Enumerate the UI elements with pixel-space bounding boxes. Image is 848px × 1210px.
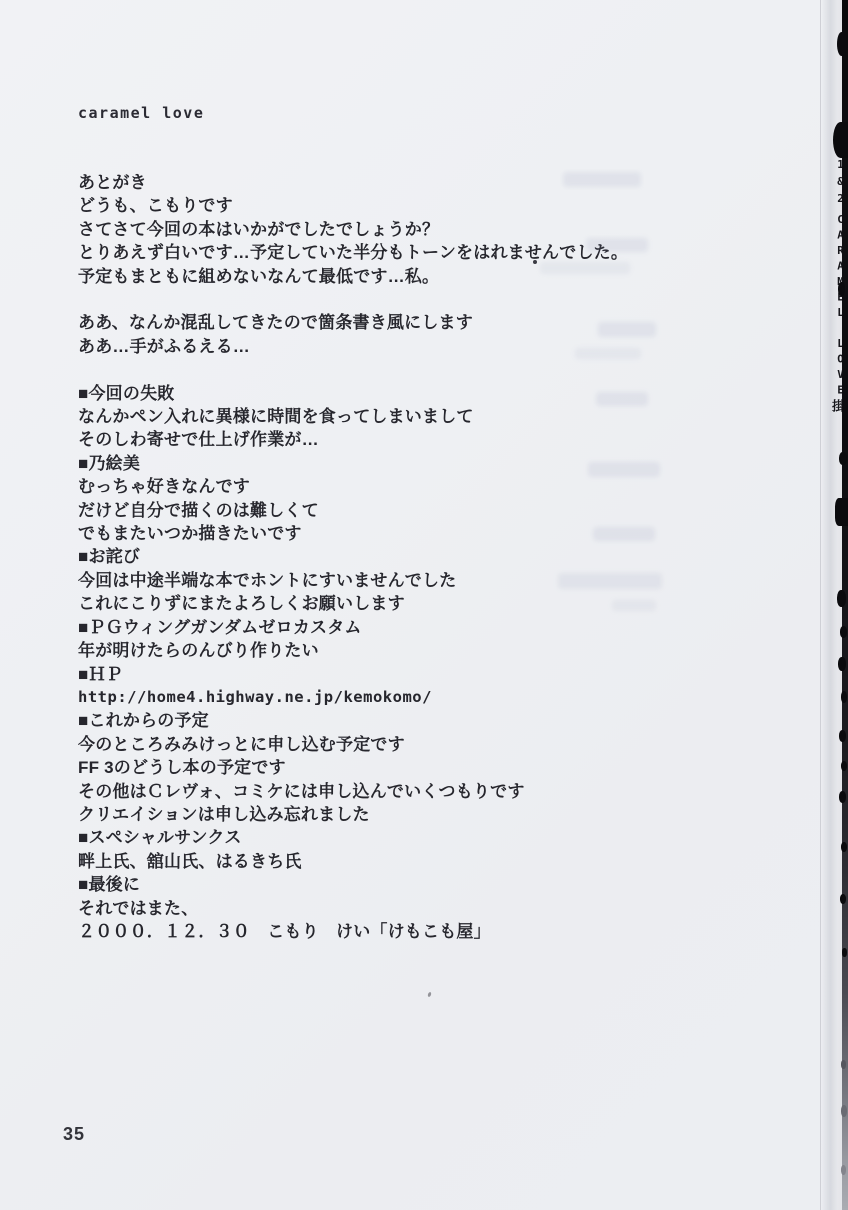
ink-blob bbox=[840, 894, 846, 904]
show-through-smudge bbox=[586, 238, 648, 252]
ink-blob bbox=[840, 626, 847, 638]
show-through-smudge bbox=[575, 348, 641, 359]
ink-blob bbox=[839, 730, 846, 742]
ink-blob bbox=[841, 761, 847, 771]
text-line-blank bbox=[78, 358, 698, 381]
homepage-url-text: http://home4.highway.ne.jp/kemokomo/ bbox=[78, 686, 698, 709]
show-through-smudge bbox=[612, 600, 656, 611]
section-heading: ■ＨＰ bbox=[78, 663, 698, 686]
show-through-smudge bbox=[563, 172, 641, 187]
text-line: クリエイションは申し込み忘れました bbox=[78, 803, 698, 826]
text-line: 年が明けたらのんびり作りたい bbox=[78, 639, 698, 662]
ink-blob bbox=[842, 948, 847, 957]
ink-blob bbox=[835, 498, 848, 526]
page-number: 35 bbox=[63, 1124, 85, 1145]
show-through-smudge bbox=[540, 262, 630, 274]
show-through-smudge bbox=[596, 392, 648, 406]
ink-blob bbox=[841, 1105, 847, 1117]
text-line: むっちゃ好きなんです bbox=[78, 475, 698, 498]
ink-blob bbox=[839, 791, 846, 803]
text-line: FF 3のどうし本の予定です bbox=[78, 756, 698, 779]
ink-blob bbox=[838, 657, 846, 671]
date-signature-line: ２０００．１２．３０ こもり けい「けもこも屋」 bbox=[78, 920, 698, 943]
page-header-title: caramel love bbox=[78, 104, 204, 122]
show-through-smudge bbox=[593, 527, 655, 541]
text-line: どうも、こもりです bbox=[78, 194, 698, 217]
ink-speck bbox=[427, 992, 432, 998]
ink-blob bbox=[833, 122, 848, 158]
show-through-smudge bbox=[558, 573, 662, 589]
text-line: これにこりずにまたよろしくお願いします bbox=[78, 592, 698, 615]
section-heading: ■最後に bbox=[78, 873, 698, 896]
text-line-blank bbox=[78, 288, 698, 311]
section-heading: ■ＰＧウィングガンダムゼロカスタム bbox=[78, 616, 698, 639]
ink-blob bbox=[839, 452, 847, 465]
text-line: だけど自分で描くのは難しくて bbox=[78, 499, 698, 522]
ink-blob bbox=[841, 842, 847, 852]
ink-blob bbox=[837, 32, 846, 56]
ink-blob bbox=[841, 1165, 846, 1175]
adjacent-page-edge: 1&2 CARAMEL LOVE 掛 bbox=[820, 0, 848, 1210]
text-line: その他はＣレヴォ、コミケには申し込んでいくつもりです bbox=[78, 780, 698, 803]
text-line: そのしわ寄せで仕上げ作業が… bbox=[78, 428, 698, 451]
text-line: それではまた、 bbox=[78, 897, 698, 920]
text-line: 畔上氏、舘山氏、はるきち氏 bbox=[78, 850, 698, 873]
ink-blob bbox=[838, 282, 845, 296]
scanned-afterword-page: caramel love あとがき どうも、こもりです さてさて今回の本はいかが… bbox=[0, 0, 848, 1210]
section-heading: ■お詫び bbox=[78, 545, 698, 568]
show-through-smudge bbox=[588, 462, 660, 477]
text-line: 今のところみみけっとに申し込む予定です bbox=[78, 733, 698, 756]
section-heading: ■スペシャルサンクス bbox=[78, 826, 698, 849]
ink-blob bbox=[841, 1060, 846, 1069]
show-through-smudge bbox=[598, 322, 656, 337]
afterword-text-block: あとがき どうも、こもりです さてさて今回の本はいかがでしたでしょうか？ とりあ… bbox=[78, 171, 698, 943]
ink-blob bbox=[837, 590, 846, 607]
ink-blob bbox=[841, 691, 847, 703]
section-heading: ■これからの予定 bbox=[78, 709, 698, 732]
ink-speck bbox=[533, 260, 537, 264]
text-line: なんかペン入れに異様に時間を食ってしまいまして bbox=[78, 405, 698, 428]
